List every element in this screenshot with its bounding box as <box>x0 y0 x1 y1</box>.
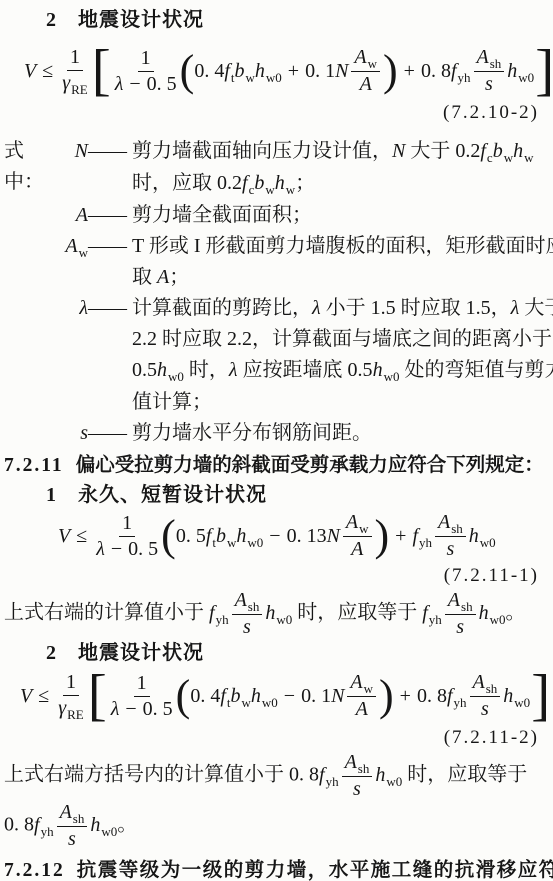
math-variable: fyh <box>412 525 432 548</box>
math-text: 应按距墙底 0.5 <box>238 359 373 381</box>
definition-text: T 形或 I 形截面剪力墙腹板的面积，矩形截面时应 取 A； <box>132 231 553 293</box>
math-text: 大于 <box>519 297 553 319</box>
fraction-numerator: Aw <box>343 511 372 537</box>
math-subscript: RE <box>71 82 88 97</box>
fraction-denominator: λ−0. 5 <box>111 697 173 721</box>
scanned-page: { "meta": { "paper_color": "#fcfcfa", "i… <box>0 0 553 881</box>
clause-7-2-11: 7.2.11偏心受拉剪力墙的斜截面受剪承载力应符合下列规定： <box>4 451 547 481</box>
math-subscript: w0 <box>384 369 400 384</box>
math-variable: Ash <box>438 511 463 533</box>
math-subscript: yh <box>41 824 54 839</box>
math-text: 0. 5 <box>147 73 177 95</box>
math-variable: fyh <box>319 764 339 786</box>
math-operator: + <box>395 525 406 548</box>
equation-number-7-2-11-1: (7.2.11-1) <box>4 565 547 587</box>
math-variable: hw0 <box>265 602 292 624</box>
definition-line: 剪力墙水平分布钢筋间距。 <box>132 418 547 449</box>
fraction-denominator: A <box>351 537 363 561</box>
equation-7-2-10-2: V≤1γRE[1λ−0. 5(0. 4ftbwhw0+0. 1NAwA)+0. … <box>24 42 547 100</box>
definition-line: T 形或 I 形截面剪力墙腹板的面积，矩形截面时应 <box>132 231 553 262</box>
math-variable: s <box>80 422 88 444</box>
math-subscript: yh <box>454 695 467 710</box>
math-variable: hw0 <box>157 359 184 381</box>
math-text: 0. 4 <box>194 60 224 83</box>
math-text: 取 <box>132 266 157 288</box>
math-operator: − <box>129 73 140 95</box>
math-variable: fyh <box>209 602 229 624</box>
fraction-denominator: s <box>243 615 251 639</box>
subheading-seismic-design-2: 2地震设计状况 <box>46 639 547 667</box>
math-fraction: Ashs <box>342 751 373 801</box>
math-variable: A <box>360 73 372 95</box>
fraction-denominator: A <box>356 697 368 721</box>
math-text: 剪力墙水平分布钢筋间距。 <box>132 422 372 444</box>
math-fraction: 1λ−0. 5 <box>111 672 173 721</box>
math-subscript: w <box>524 150 533 165</box>
math-operator: − <box>111 538 122 560</box>
math-subscript: t <box>231 70 235 85</box>
math-operator: ≤ <box>38 685 49 708</box>
math-fraction: 1γRE <box>58 671 84 721</box>
math-variable: bw <box>216 525 236 548</box>
math-text: 剪力墙全截面面积； <box>132 204 312 226</box>
math-variable: s <box>68 828 76 850</box>
math-text: 1 <box>66 671 76 693</box>
math-subscript: w0 <box>514 695 530 710</box>
math-variable: s <box>485 73 493 95</box>
fraction-numerator: 1 <box>138 47 154 72</box>
math-variable: Ash <box>477 46 502 68</box>
fraction-denominator: s <box>447 537 455 561</box>
math-delimiter: ] <box>531 672 550 720</box>
math-variable: λ <box>229 359 238 381</box>
math-variable: ft <box>206 525 216 548</box>
fraction-numerator: Ash <box>470 671 501 697</box>
subheading-label: 地震设计状况 <box>78 9 204 31</box>
math-operator: + <box>404 60 415 83</box>
definition-text: 计算截面的剪跨比，λ 小于 1.5 时应取 1.5，λ 大于 2.2 时应取 2… <box>132 293 553 418</box>
list-number: 2 <box>46 642 56 664</box>
math-variable: γRE <box>62 72 88 94</box>
math-fraction: 1λ−0. 5 <box>115 47 177 96</box>
definition-row-lambda: λ —— 计算截面的剪跨比，λ 小于 1.5 时应取 1.5，λ 大于 2.2 … <box>4 293 547 418</box>
definition-line: 值计算； <box>132 387 553 418</box>
math-text: 1 <box>70 46 80 68</box>
math-subscript: w0 <box>247 535 263 550</box>
definition-row-A: A —— 剪力墙全截面面积； <box>4 200 547 231</box>
math-text: 0. 8 <box>421 60 451 83</box>
math-text: 1 <box>141 47 151 69</box>
math-operator: + <box>288 60 299 83</box>
math-text: 。 <box>117 814 137 836</box>
symbol-definitions: 式中： N —— 剪力墙截面轴向压力设计值，N 大于 0.2fcbwhw 时，应… <box>4 136 547 449</box>
math-variable: ft <box>224 60 234 83</box>
fraction-denominator: s <box>485 72 493 96</box>
list-number: 2 <box>46 9 56 31</box>
definition-line: 0.5hw0 时，λ 应按距墙底 0.5hw0 处的弯矩值与剪力 <box>132 355 553 387</box>
math-subscript: w <box>79 245 88 260</box>
math-subscript: sh <box>461 599 473 614</box>
math-delimiter: [ <box>88 672 107 720</box>
math-text: 0. 1 <box>305 60 335 83</box>
math-subscript: t <box>227 695 231 710</box>
math-fraction: Ashs <box>470 671 501 721</box>
math-subscript: w0 <box>518 70 534 85</box>
definition-dash: —— <box>88 293 132 324</box>
math-subscript: yh <box>326 774 339 789</box>
math-text: 上式右端方括号内的计算值小于 0. 8 <box>4 764 319 786</box>
fraction-numerator: Aw <box>347 671 376 697</box>
math-text: 0. 1 <box>301 685 331 708</box>
math-variable: V <box>20 685 32 708</box>
math-text: 计算截面的剪跨比， <box>132 297 312 319</box>
math-variable: Ash <box>473 671 498 693</box>
math-variable: hw0 <box>507 60 534 83</box>
math-variable: Aw <box>350 671 373 693</box>
list-number: 1 <box>46 484 56 506</box>
math-variable: N <box>75 140 88 162</box>
math-subscript: yh <box>458 70 471 85</box>
math-variable: hw0 <box>251 685 278 708</box>
math-subscript: sh <box>73 811 85 826</box>
math-subscript: yh <box>429 612 442 627</box>
math-variable: Aw <box>354 46 377 68</box>
math-variable: V <box>58 525 70 548</box>
math-variable: hw0 <box>375 764 402 786</box>
math-subscript: w0 <box>168 369 184 384</box>
math-text: 0. 4 <box>190 685 220 708</box>
symbol-Aw: Aw <box>60 231 88 263</box>
subheading-label: 地震设计状况 <box>78 642 204 664</box>
definition-line: 时，应取 0.2fcbwhw； <box>132 168 547 200</box>
fraction-denominator: s <box>456 615 464 639</box>
math-subscript: w <box>359 521 368 536</box>
note-after-7-2-11-1: 上式右端的计算值小于 fyhAshshw0 时，应取等于 fyhAshshw0。 <box>4 589 547 639</box>
math-text: 大于 0.2 <box>405 140 480 162</box>
math-text: 1 <box>122 512 132 534</box>
fraction-denominator: γRE <box>62 71 88 96</box>
math-operator: ≤ <box>42 60 53 83</box>
fraction-numerator: Ash <box>57 801 88 827</box>
math-variable: fc <box>480 140 492 162</box>
math-variable: N <box>327 525 340 548</box>
math-variable: s <box>243 616 251 638</box>
math-subscript: w0 <box>480 535 496 550</box>
math-operator: ≤ <box>76 525 87 548</box>
math-fraction: 1γRE <box>62 46 88 96</box>
math-variable: A <box>351 538 363 560</box>
math-text: 0. 8 <box>417 685 447 708</box>
math-text: 时，应取等于 <box>292 602 422 624</box>
symbol-lambda: λ <box>60 293 88 324</box>
math-subscript: w <box>246 70 255 85</box>
definition-dash: —— <box>88 231 132 262</box>
math-variable: hw0 <box>255 60 282 83</box>
symbol-s: s <box>60 418 88 449</box>
math-delimiter: ) <box>379 677 394 714</box>
math-subscript: w0 <box>276 612 292 627</box>
math-subscript: yh <box>216 612 229 627</box>
math-variable: N <box>331 685 344 708</box>
math-subscript: w <box>504 150 513 165</box>
definition-text: 剪力墙水平分布钢筋间距。 <box>132 418 547 449</box>
math-variable: Aw <box>65 235 88 257</box>
math-variable: λ <box>115 73 124 95</box>
math-text: 。 <box>505 602 525 624</box>
math-text: 时， <box>184 359 229 381</box>
definition-dash: —— <box>88 200 132 231</box>
note-line: 0. 8fyhAshshw0。 <box>4 801 547 851</box>
math-variable: Ash <box>448 589 473 611</box>
fraction-numerator: 1 <box>63 671 79 696</box>
math-variable: bw <box>254 172 274 194</box>
clause-number: 7.2.11 <box>4 455 64 476</box>
fraction-numerator: 1 <box>134 672 150 697</box>
fraction-numerator: Ash <box>445 589 476 615</box>
math-fraction: AwA <box>347 671 376 721</box>
math-text: ； <box>169 266 189 288</box>
math-operator: − <box>269 525 280 548</box>
math-subscript: w <box>265 182 274 197</box>
math-text: 时，应取 0.2 <box>132 172 242 194</box>
note-line: 上式右端方括号内的计算值小于 0. 8fyhAshshw0 时，应取等于 <box>4 751 547 801</box>
math-text: 小于 1.5 时应取 1.5， <box>321 297 511 319</box>
math-variable: fyh <box>451 60 471 83</box>
math-text: 0. 13 <box>287 525 327 548</box>
math-subscript: w <box>368 56 377 71</box>
math-variable: ft <box>220 685 230 708</box>
math-fraction: AwA <box>343 511 372 561</box>
math-variable: fyh <box>34 814 54 836</box>
math-variable: fc <box>242 172 254 194</box>
fraction-denominator: λ−0. 5 <box>115 72 177 96</box>
math-variable: N <box>392 140 405 162</box>
math-variable: bw <box>235 60 255 83</box>
math-variable: γRE <box>58 697 84 719</box>
math-variable: s <box>481 698 489 720</box>
math-text: 0.5 <box>132 359 157 381</box>
math-subscript: sh <box>490 56 502 71</box>
math-subscript: w0 <box>386 774 402 789</box>
math-text: 上式右端的计算值小于 <box>4 602 209 624</box>
math-text: 0. 5 <box>128 538 158 560</box>
math-subscript: w <box>242 695 251 710</box>
definition-line: 剪力墙全截面面积； <box>132 200 547 231</box>
fraction-numerator: Aw <box>351 46 380 72</box>
subheading-seismic-design-1: 2地震设计状况 <box>46 6 547 34</box>
symbol-N: N <box>60 136 88 167</box>
math-subscript: sh <box>248 599 260 614</box>
math-variable: λ <box>79 297 88 319</box>
definition-row-Aw: Aw —— T 形或 I 形截面剪力墙腹板的面积，矩形截面时应 取 A； <box>4 231 547 293</box>
math-variable: s <box>353 778 361 800</box>
fraction-denominator: γRE <box>58 696 84 721</box>
fraction-numerator: Ash <box>435 511 466 537</box>
fraction-denominator: s <box>353 777 361 801</box>
definition-text: 剪力墙全截面面积； <box>132 200 547 231</box>
math-text: ； <box>295 172 315 194</box>
fraction-denominator: s <box>481 697 489 721</box>
math-delimiter: [ <box>92 47 111 95</box>
definition-row-N: 式中： N —— 剪力墙截面轴向压力设计值，N 大于 0.2fcbwhw 时，应… <box>4 136 547 200</box>
definition-dash: —— <box>88 136 132 167</box>
subheading-permanent-design: 1永久、短暂设计状况 <box>46 481 547 509</box>
math-text: 处的弯矩值与剪力 <box>399 359 553 381</box>
page-content: 2地震设计状况 V≤1γRE[1λ−0. 5(0. 4ftbwhw0+0. 1N… <box>0 0 553 881</box>
math-fraction: Ashs <box>435 511 466 561</box>
equation-number-7-2-10-2: (7.2.10-2) <box>4 102 547 124</box>
math-operator: − <box>284 685 295 708</box>
definition-text: 剪力墙截面轴向压力设计值，N 大于 0.2fcbwhw 时，应取 0.2fcbw… <box>132 136 547 200</box>
math-text: 0. 8 <box>4 814 34 836</box>
definition-dash: —— <box>88 418 132 449</box>
math-delimiter: ( <box>180 52 195 89</box>
math-text: 值计算； <box>132 391 212 413</box>
math-variable: λ <box>96 538 105 560</box>
math-subscript: sh <box>451 521 463 536</box>
math-subscript: w0 <box>266 70 282 85</box>
math-subscript: w0 <box>262 695 278 710</box>
note-line: 上式右端的计算值小于 fyhAshshw0 时，应取等于 fyhAshshw0。 <box>4 589 547 639</box>
math-subscript: w0 <box>490 612 506 627</box>
math-variable: Ash <box>235 589 260 611</box>
math-fraction: Ashs <box>474 46 505 96</box>
math-delimiter: ( <box>161 517 176 554</box>
definition-line: 取 A； <box>132 262 553 293</box>
math-fraction: 1λ−0. 5 <box>96 512 158 561</box>
clause-text: 抗震等级为一级的剪力墙，水平施工缝的抗滑移应符合 <box>77 860 553 881</box>
math-subscript: c <box>487 150 493 165</box>
symbol-A: A <box>60 200 88 231</box>
math-variable: hw0 <box>90 814 117 836</box>
math-variable: Ash <box>345 751 370 773</box>
math-variable: hw <box>275 172 295 194</box>
math-subscript: w <box>227 535 236 550</box>
math-subscript: w <box>364 681 373 696</box>
math-operator: − <box>125 698 136 720</box>
math-delimiter: ( <box>176 677 191 714</box>
math-variable: hw0 <box>469 525 496 548</box>
math-subscript: sh <box>358 761 370 776</box>
fraction-denominator: λ−0. 5 <box>96 537 158 561</box>
math-variable: λ <box>111 698 120 720</box>
equation-7-2-11-2: V≤1γRE[1λ−0. 5(0. 4ftbwhw0−0. 1NAwA)+0. … <box>20 667 547 725</box>
math-variable: Ash <box>60 801 85 823</box>
math-text: 0. 5 <box>143 698 173 720</box>
fraction-denominator: A <box>360 72 372 96</box>
math-subscript: RE <box>67 707 84 722</box>
where-label: 式中： <box>4 136 60 198</box>
fraction-denominator: s <box>68 827 76 851</box>
clause-number: 7.2.12 <box>4 860 65 881</box>
math-variable: N <box>335 60 348 83</box>
definition-line: 计算截面的剪跨比，λ 小于 1.5 时应取 1.5，λ 大于 <box>132 293 553 324</box>
subheading-label: 永久、短暂设计状况 <box>78 484 267 506</box>
definition-line: 剪力墙截面轴向压力设计值，N 大于 0.2fcbwhw <box>132 136 547 168</box>
math-variable: λ <box>312 297 321 319</box>
math-text: 0. 5 <box>176 525 206 548</box>
clause-7-2-12: 7.2.12抗震等级为一级的剪力墙，水平施工缝的抗滑移应符合 <box>4 857 547 881</box>
math-text: T 形或 I 形截面剪力墙腹板的面积，矩形截面时应 <box>132 235 553 257</box>
math-delimiter: ) <box>375 517 390 554</box>
fraction-numerator: 1 <box>119 512 135 537</box>
fraction-numerator: Ash <box>232 589 263 615</box>
math-variable: A <box>76 204 88 226</box>
math-variable: hw0 <box>479 602 506 624</box>
math-subscript: t <box>212 535 216 550</box>
fraction-numerator: Ash <box>474 46 505 72</box>
math-variable: bw <box>231 685 251 708</box>
math-text: 2.2 时应取 2.2，计算截面与墙底之间的距离小于 <box>132 328 552 350</box>
math-fraction: Ashs <box>445 589 476 639</box>
math-variable: Aw <box>346 511 369 533</box>
clause-text: 偏心受拉剪力墙的斜截面受剪承载力应符合下列规定： <box>76 455 544 476</box>
equation-number-7-2-11-2: (7.2.11-2) <box>4 727 547 749</box>
math-variable: hw0 <box>236 525 263 548</box>
math-delimiter: ] <box>535 47 553 95</box>
fraction-numerator: Ash <box>342 751 373 777</box>
math-subscript: w0 <box>101 824 117 839</box>
math-variable: s <box>447 538 455 560</box>
math-text: 时，应取等于 <box>402 764 527 786</box>
math-delimiter: ) <box>383 52 398 89</box>
math-variable: bw <box>493 140 513 162</box>
definition-line: 2.2 时应取 2.2，计算截面与墙底之间的距离小于 <box>132 324 553 355</box>
math-operator: + <box>400 685 411 708</box>
equation-7-2-11-1: V≤1λ−0. 5(0. 5ftbwhw0−0. 13NAwA)+fyhAshs… <box>58 509 547 563</box>
math-variable: hw0 <box>503 685 530 708</box>
fraction-numerator: 1 <box>67 46 83 71</box>
math-subscript: c <box>249 182 255 197</box>
definition-row-s: s —— 剪力墙水平分布钢筋间距。 <box>4 418 547 449</box>
math-variable: fyh <box>447 685 467 708</box>
math-fraction: AwA <box>351 46 380 96</box>
math-variable: fyh <box>422 602 442 624</box>
math-variable: V <box>24 60 36 83</box>
math-text: 剪力墙截面轴向压力设计值， <box>132 140 392 162</box>
math-subscript: sh <box>486 681 498 696</box>
note-after-7-2-11-2: 上式右端方括号内的计算值小于 0. 8fyhAshshw0 时，应取等于 0. … <box>4 751 547 851</box>
math-fraction: Ashs <box>57 801 88 851</box>
math-fraction: Ashs <box>232 589 263 639</box>
math-subscript: yh <box>419 535 432 550</box>
math-variable: hw <box>513 140 533 162</box>
math-variable: hw0 <box>373 359 400 381</box>
math-text: 1 <box>137 672 147 694</box>
math-variable: s <box>456 616 464 638</box>
math-variable: A <box>157 266 169 288</box>
math-variable: A <box>356 698 368 720</box>
math-subscript: w <box>286 182 295 197</box>
